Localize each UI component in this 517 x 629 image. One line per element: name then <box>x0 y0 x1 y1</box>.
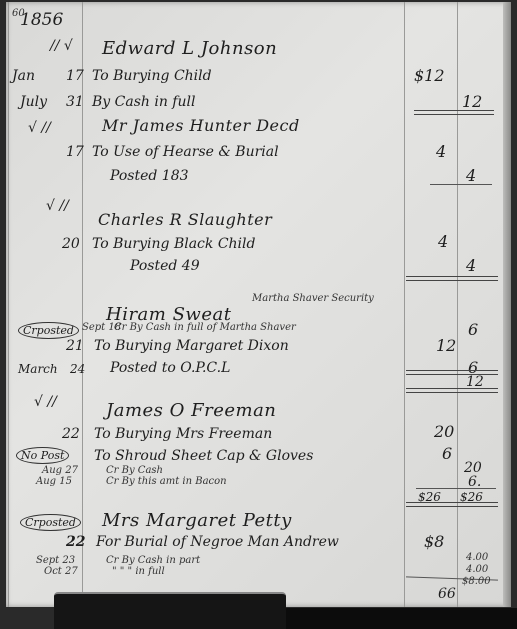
entry-description: Cr By Cash in part <box>106 555 200 566</box>
total-rule <box>406 370 498 375</box>
account-name: James O Freeman <box>106 400 276 421</box>
settled-rule <box>406 276 498 281</box>
entry-description: To Use of Hearse & Burial <box>92 144 279 160</box>
account-name: Charles R Slaughter <box>98 210 272 229</box>
margin-check-marks: √ // <box>46 198 69 214</box>
footer-number: 66 <box>438 586 456 602</box>
credit-total: $8.00 <box>462 576 491 587</box>
entry-description: Cr By this amt in Bacon <box>106 476 227 487</box>
credit-amount: 6 <box>468 320 478 339</box>
debit-amount: $12 <box>414 66 445 85</box>
entry-day: 17 <box>66 68 84 84</box>
entry-month: Sept 23 <box>36 555 75 566</box>
entry-description: " " " in full <box>112 566 165 577</box>
entry-day: 24 <box>70 362 85 376</box>
ledger-year: 1856 <box>20 10 63 30</box>
entry-description: For Burial of Negroe Man Andrew <box>96 534 339 550</box>
ledger-page: 60 1856 // √ Edward L Johnson Jan 17 To … <box>6 2 511 607</box>
entry-month: July <box>20 94 47 110</box>
page-edge <box>503 2 511 607</box>
posted-note: Posted to O.P.C.L <box>110 360 230 376</box>
credit-column-rule <box>457 2 458 607</box>
security-note: Martha Shaver Security <box>252 293 374 304</box>
account-name: Mr James Hunter Decd <box>102 116 300 135</box>
entry-month: March <box>18 362 58 376</box>
posted-note: Posted 183 <box>110 168 189 184</box>
settled-rule <box>406 388 498 393</box>
account-name: Edward L Johnson <box>102 38 277 59</box>
entry-day: 20 <box>62 236 80 252</box>
entry-description: By Cash in full <box>92 94 195 110</box>
entry-month: Jan <box>12 68 35 84</box>
margin-check-marks: // √ <box>50 38 73 54</box>
debit-amount: 20 <box>434 422 454 441</box>
margin-posted-stamp: Crposted <box>18 322 79 339</box>
left-margin-rule <box>8 2 9 607</box>
entry-description: Cr By Cash <box>106 465 163 476</box>
entry-day: 21 <box>66 338 84 354</box>
entry-description: To Burying Margaret Dixon <box>94 338 289 354</box>
entry-description: To Burying Black Child <box>92 236 255 252</box>
settled-rule <box>414 110 494 115</box>
account-name: Mrs Margaret Petty <box>102 510 292 531</box>
debit-amount: 12 <box>436 336 456 355</box>
credit-amount: 4 <box>466 166 476 185</box>
entry-description: To Burying Child <box>92 68 212 84</box>
entry-month: Aug 27 <box>42 465 78 476</box>
debit-amount: 4 <box>438 232 448 251</box>
entry-month: Oct 27 <box>44 566 78 577</box>
entry-month: Aug 15 <box>36 476 72 487</box>
entry-description: To Burying Mrs Freeman <box>94 426 272 442</box>
entry-day: 22 <box>62 426 80 442</box>
entry-day: 22 <box>66 534 85 550</box>
posted-note: Posted 49 <box>130 258 200 274</box>
credit-amount: 4.00 <box>466 564 488 575</box>
margin-check-marks: √ // <box>34 394 57 410</box>
credit-amount: 4.00 <box>466 552 488 563</box>
book-binding-clip <box>54 592 286 629</box>
credit-amount: 12 <box>462 92 482 111</box>
margin-posted-stamp: Crposted <box>20 514 81 531</box>
debit-amount: 4 <box>436 142 446 161</box>
debit-amount: $8 <box>424 532 444 551</box>
debit-column-rule <box>404 2 405 607</box>
entry-description: To Shroud Sheet Cap & Gloves <box>94 448 313 464</box>
credit-amount: 4 <box>466 256 476 275</box>
total-rule <box>416 488 496 489</box>
settled-rule <box>406 502 498 507</box>
book-binding-shadow <box>286 608 517 629</box>
margin-check-marks: √ // <box>28 120 51 136</box>
entry-day: 31 <box>66 94 84 110</box>
debit-amount: 6 <box>442 444 452 463</box>
entry-day: 17 <box>66 144 84 160</box>
date-column-rule <box>82 2 83 607</box>
margin-no-post-stamp: No Post <box>16 447 69 464</box>
settled-rule <box>430 184 492 185</box>
entry-description: Cr By Cash in full of Martha Shaver <box>114 322 296 333</box>
